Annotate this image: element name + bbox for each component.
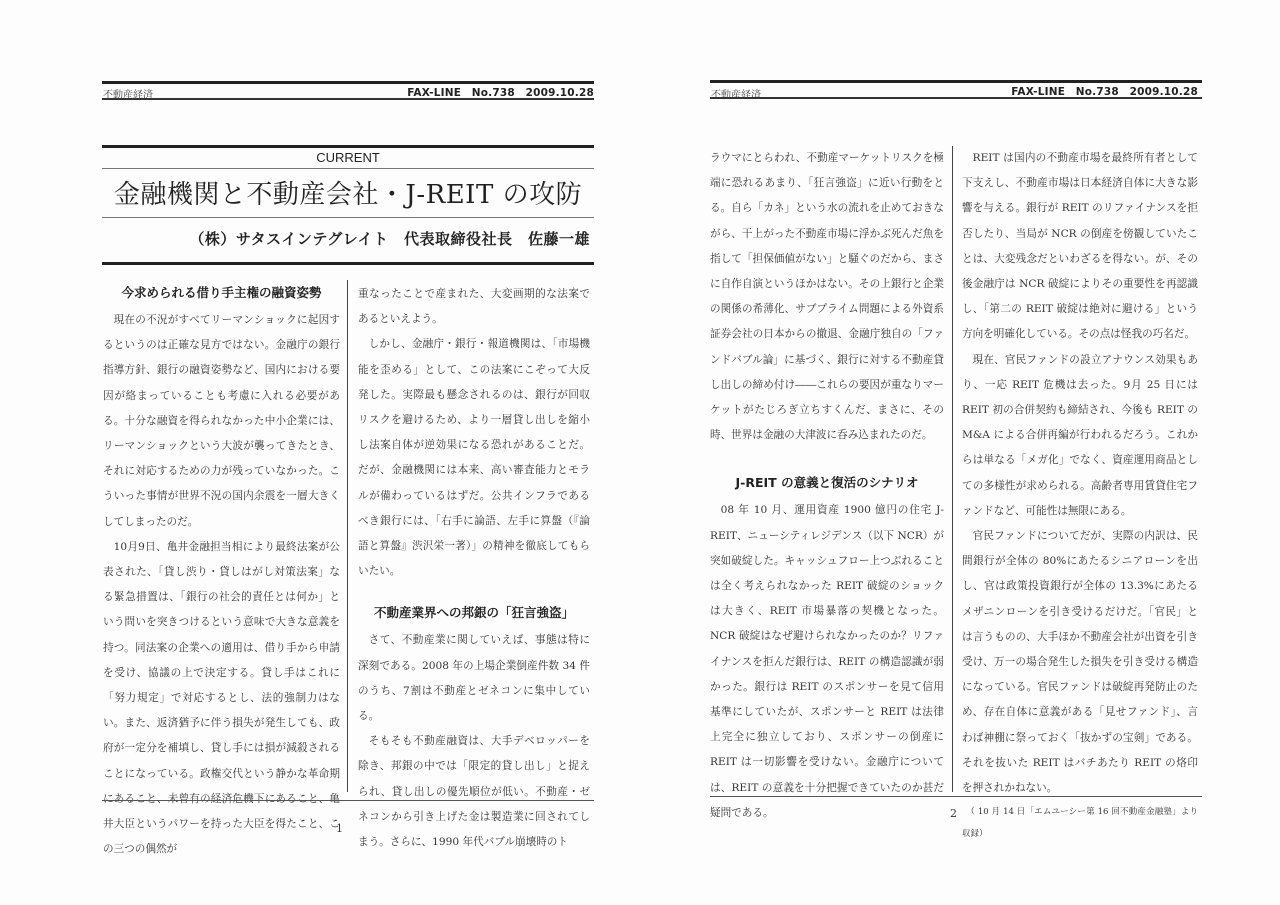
paragraph: 官民ファンドについてだが、実際の内訳は、民間銀行が全体の 80%にあたるシニアロ… <box>962 524 1198 801</box>
page-1: 不動産経済 FAX-LINE No.738 2009.10.28 CURRENT… <box>0 0 640 905</box>
page-2: 不動産経済 FAX-LINE No.738 2009.10.28 ラウマにとらわ… <box>640 0 1280 905</box>
source-note: （ 10 月 14 日「エムユーシー第 16 回不動産金融塾」より収録） <box>962 801 1198 845</box>
header-top-rule <box>710 80 1202 83</box>
paragraph: ラウマにとらわれ、不動産マーケットリスクを極端に恐れるあまり、「狂言強盗」に近い… <box>710 146 944 448</box>
column-2: 重なったことで産まれた、大変画期的な法案であるといえよう。 しかし、金融庁・銀行… <box>358 282 590 855</box>
footer-rule <box>102 800 594 801</box>
paragraph: REIT は国内の不動産市場を最終所有者として下支えし、不動産市場は日本経済自体… <box>962 146 1198 348</box>
section-heading: J-REIT の意義と復活のシナリオ <box>710 468 944 498</box>
page-number: 1 <box>336 822 343 835</box>
section-heading: 今求められる借り手主権の融資姿勢 <box>103 278 340 308</box>
kicker-rule <box>102 168 594 169</box>
paragraph: そもそも不動産融資は、大手デベロッパーを除き、邦銀の中では「限定的貸し出し」と捉… <box>358 729 590 855</box>
header-bottom-rule <box>710 97 1202 99</box>
column-divider <box>952 146 953 792</box>
paragraph: 現在、官民ファンドの設立アナウンス効果もあり、一応 REIT 危機は去った。9月… <box>962 348 1198 524</box>
paragraph: さて、不動産業に関していえば、事態は特に深刻である。2008 年の上場企業倒産件… <box>358 628 590 729</box>
section-kicker: CURRENT <box>102 150 594 165</box>
header-top-rule <box>102 81 594 84</box>
column-2: REIT は国内の不動産市場を最終所有者として下支えし、不動産市場は日本経済自体… <box>962 146 1198 845</box>
footer-rule <box>710 796 1202 797</box>
page-number: 2 <box>950 807 957 820</box>
paragraph: しかし、金融庁・銀行・報道機関は、「市場機能を歪める」として、この法案にこぞって… <box>358 332 590 584</box>
header-bottom-rule <box>102 98 594 100</box>
paragraph: 10月9日、亀井金融担当相により最終法案が公表された、「貸し渋り・貸しはがし対策… <box>103 535 340 863</box>
title-top-rule <box>102 145 594 148</box>
author-byline: （株）サタスインテグレイト 代表取締役社長 佐藤一雄 <box>102 228 590 249</box>
paragraph: 08 年 10 月、運用資産 1900 億円の住宅 J-REIT、ニューシティレ… <box>710 498 944 826</box>
paragraph: 現在の不況がすべてリーマンショックに起因するというのは正確な見方ではない。金融庁… <box>103 308 340 535</box>
paragraph: 重なったことで産まれた、大変画期的な法案であるといえよう。 <box>358 282 590 332</box>
column-1: ラウマにとらわれ、不動産マーケットリスクを極端に恐れるあまり、「狂言強盗」に近い… <box>710 146 944 826</box>
column-1: 今求められる借り手主権の融資姿勢 現在の不況がすべてリーマンショックに起因すると… <box>103 278 340 862</box>
column-divider <box>347 280 348 792</box>
article-title: 金融機関と不動産会社・J-REIT の攻防 <box>102 174 594 211</box>
title-bottom-rule <box>102 217 594 218</box>
section-heading: 不動産業界への邦銀の「狂言強盗」 <box>358 598 590 628</box>
byline-bottom-rule <box>102 262 594 265</box>
